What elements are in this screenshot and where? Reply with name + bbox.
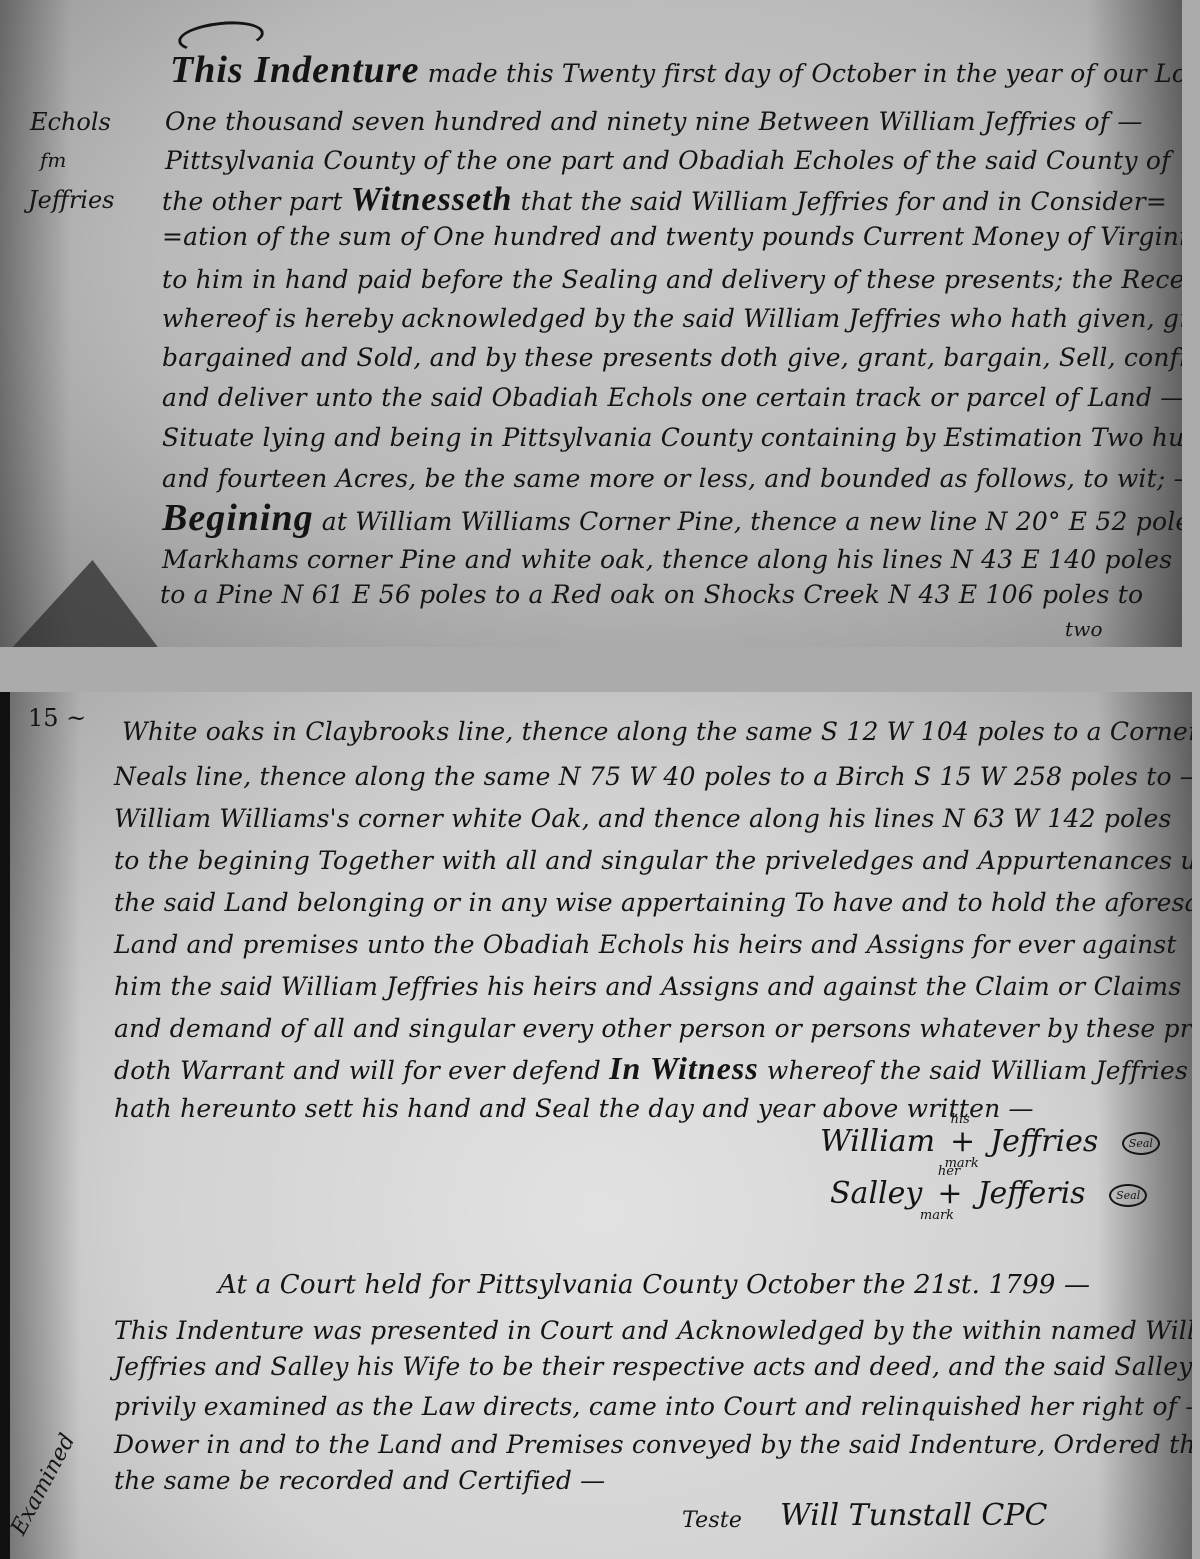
clerk-signature: Will Tunstall CPC <box>780 1498 1047 1533</box>
deed-line-17: William Williams's corner white Oak, and… <box>114 804 1172 833</box>
page-number: 15 ~ <box>28 704 86 732</box>
margin-note-grantee: Echols <box>30 108 111 136</box>
deed-line-3: Pittsylvania County of the one part and … <box>165 146 1171 175</box>
deed-line-13: Markhams corner Pine and white oak, then… <box>162 545 1172 574</box>
heading-witnesseth: Witnesseth <box>351 181 513 218</box>
deed-line-12: Begining at William Williams Corner Pine… <box>162 496 1182 540</box>
deed-page-top: Echols fm Jeffries This Indenture made t… <box>0 0 1182 647</box>
deed-line-4: the other part Witnesseth that the said … <box>162 181 1167 219</box>
heading-this-indenture: This Indenture <box>170 49 419 91</box>
catchword: two <box>1065 617 1103 641</box>
court-heading: At a Court held for Pittsylvania County … <box>218 1270 1090 1300</box>
deed-line-18: to the begining Together with all and si… <box>114 846 1192 875</box>
deed-line-19: the said Land belonging or in any wise a… <box>114 888 1192 917</box>
deed-line-11: and fourteen Acres, be the same more or … <box>162 464 1182 493</box>
deed-line-9: and deliver unto the said Obadiah Echols… <box>162 383 1182 412</box>
signature-salley-jefferis: Salley her + mark Jefferis Seal <box>830 1176 1147 1211</box>
deed-line-20: Land and premises unto the Obadiah Echol… <box>114 930 1177 959</box>
deed-line-5: =ation of the sum of One hundred and twe… <box>162 222 1182 251</box>
deed-line-8: bargained and Sold, and by these present… <box>162 343 1182 372</box>
deed-line-21: him the said William Jeffries his heirs … <box>114 972 1181 1001</box>
court-line-2: Jeffries and Salley his Wife to be their… <box>114 1352 1192 1381</box>
seal-icon: Seal <box>1122 1132 1160 1155</box>
court-line-4: Dower in and to the Land and Premises co… <box>114 1430 1192 1459</box>
deed-line-7: whereof is hereby acknowledged by the sa… <box>162 304 1182 333</box>
deed-line-2: One thousand seven hundred and ninety ni… <box>165 107 1143 136</box>
deed-page-bottom: 15 ~ White oaks in Claybrooks line, then… <box>0 692 1192 1559</box>
deed-line-14: to a Pine N 61 E 56 poles to a Red oak o… <box>160 580 1143 609</box>
deed-line-6: to him in hand paid before the Sealing a… <box>162 265 1182 294</box>
deed-line-24: hath hereunto sett his hand and Seal the… <box>114 1094 1034 1123</box>
her-mark: her + mark <box>932 1176 968 1211</box>
margin-note-from: fm <box>40 148 66 172</box>
signature-william-jeffries: William his + mark Jeffries Seal <box>820 1124 1160 1159</box>
deed-line-15: White oaks in Claybrooks line, thence al… <box>122 717 1192 746</box>
margin-note-examined: Examined <box>6 1430 80 1540</box>
court-line-1: This Indenture was presented in Court an… <box>114 1316 1192 1345</box>
heading-in-witness: In Witness <box>609 1050 759 1086</box>
deed-line-10: Situate lying and being in Pittsylvania … <box>162 423 1182 452</box>
page-corner-shadow <box>10 560 160 647</box>
deed-line-16: Neals line, thence along the same N 75 W… <box>114 762 1192 791</box>
seal-icon: Seal <box>1109 1184 1147 1207</box>
deed-line-23: doth Warrant and will for ever defend In… <box>114 1050 1188 1087</box>
margin-note-grantor: Jeffries <box>28 186 115 214</box>
deed-line-1: This Indenture made this Twenty first da… <box>170 48 1182 92</box>
court-line-5: the same be recorded and Certified — <box>114 1466 605 1495</box>
his-mark: his + mark <box>945 1124 981 1159</box>
court-line-3: privily examined as the Law directs, cam… <box>114 1392 1192 1421</box>
heading-begining: Begining <box>162 497 314 539</box>
teste-label: Teste <box>682 1508 742 1533</box>
deed-line-22: and demand of all and singular every oth… <box>114 1014 1192 1043</box>
